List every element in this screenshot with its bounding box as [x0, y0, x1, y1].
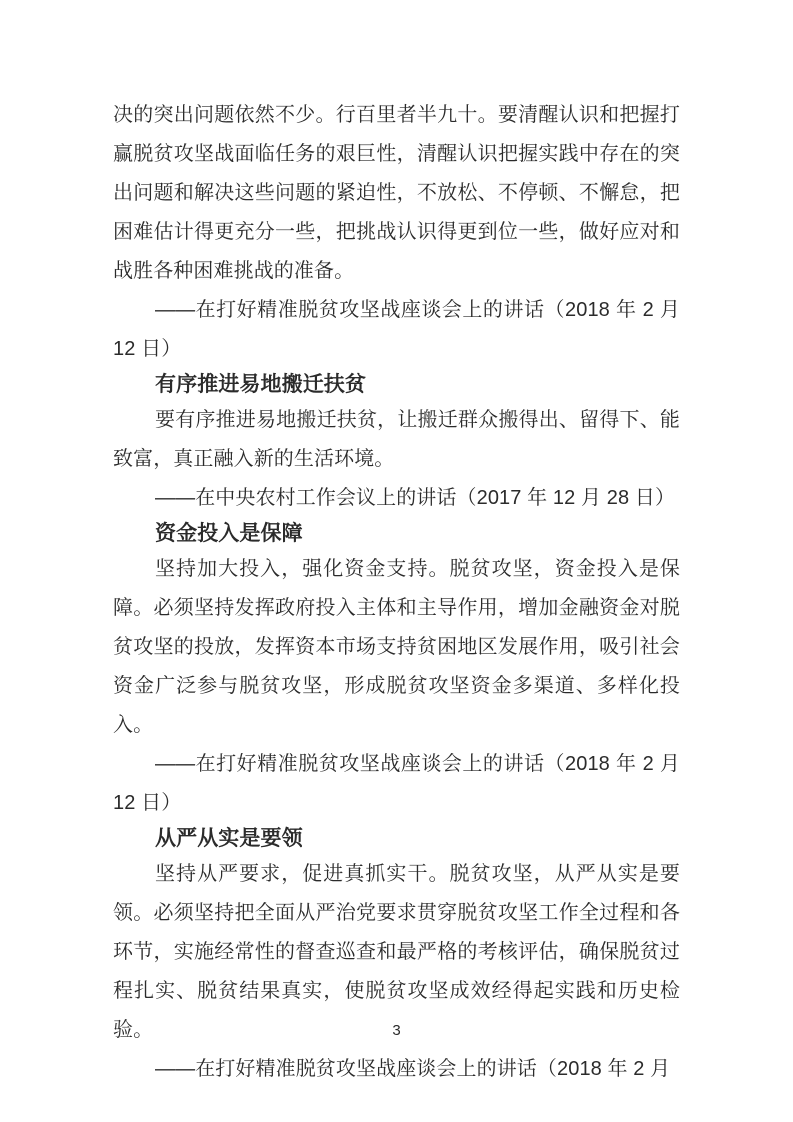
body-paragraph: 决的突出问题依然不少。行百里者半九十。要清醒认识和把握打赢脱贫攻坚战面临任务的艰… — [113, 96, 680, 291]
section-heading: 有序推进易地搬迁扶贫 — [113, 369, 680, 401]
body-paragraph: 坚持从严要求，促进真抓实干。脱贫攻坚，从严从实是要领。必须坚持把全面从严治党要求… — [113, 855, 680, 1050]
section-heading: 资金投入是保障 — [113, 518, 680, 550]
page-content: 决的突出问题依然不少。行百里者半九十。要清醒认识和把握打赢脱贫攻坚战面临任务的艰… — [113, 96, 680, 1089]
body-paragraph: 坚持加大投入，强化资金支持。脱贫攻坚，资金投入是保障。必须坚持发挥政府投入主体和… — [113, 550, 680, 745]
page-number: 3 — [0, 1022, 793, 1040]
document-page: 决的突出问题依然不少。行百里者半九十。要清醒认识和把握打赢脱贫攻坚战面临任务的艰… — [0, 0, 793, 1122]
body-paragraph: 要有序推进易地搬迁扶贫，让搬迁群众搬得出、留得下、能致富，真正融入新的生活环境。 — [113, 401, 680, 479]
section-heading: 从严从实是要领 — [113, 823, 680, 855]
quote-source-line: ——在中央农村工作会议上的讲话（2017 年 12 月 28 日） — [113, 479, 680, 518]
quote-source-line: ——在打好精准脱贫攻坚战座谈会上的讲话（2018 年 2 月 12 日） — [113, 291, 680, 369]
quote-source-line: ——在打好精准脱贫攻坚战座谈会上的讲话（2018 年 2 月 12 日） — [113, 745, 680, 823]
quote-source-line: ——在打好精准脱贫攻坚战座谈会上的讲话（2018 年 2 月 — [113, 1050, 680, 1089]
